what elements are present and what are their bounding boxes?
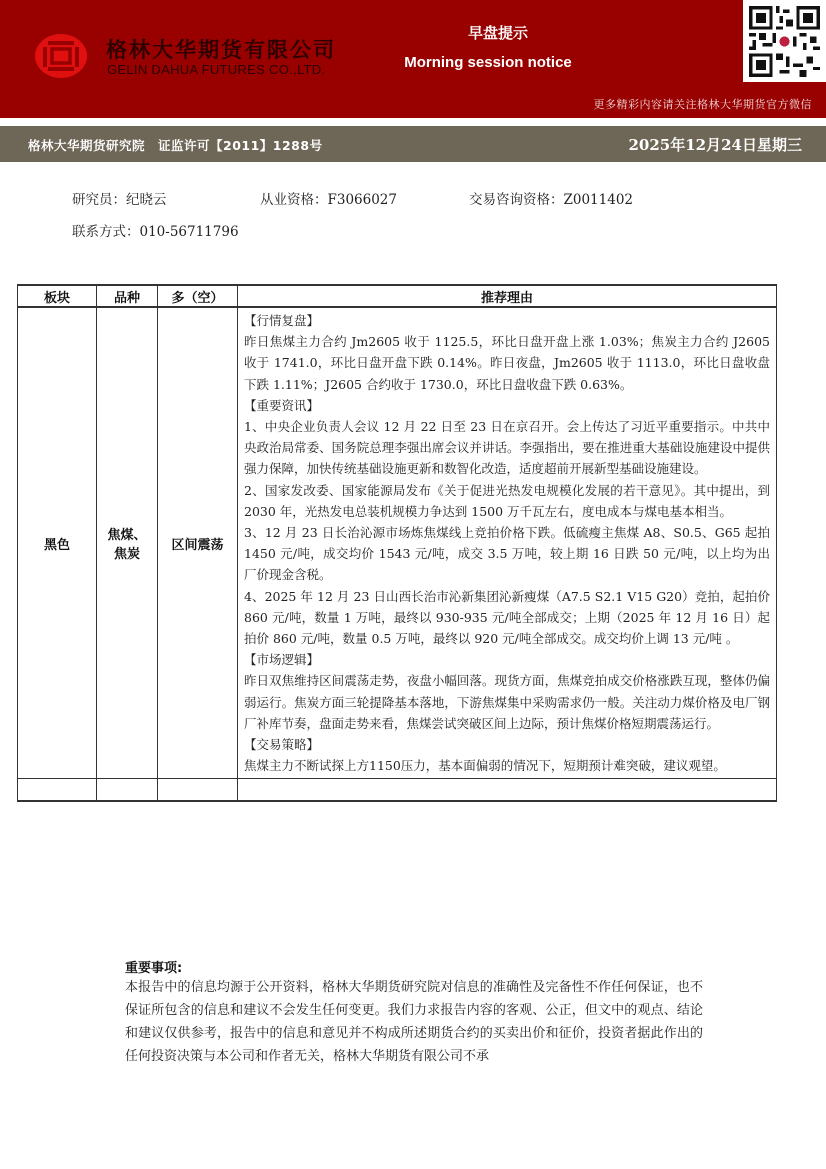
disclaimer-title: 重要事项: (125, 957, 182, 976)
wechat-qr-code (743, 0, 826, 82)
analyst-info: 研究员：纪晓云从业资格：F3066027交易咨询资格：Z0011402 (72, 188, 633, 208)
news-item-1: 1、中央企业负责人会议 12 月 22 日至 23 日在京召开。会上传达了习近平… (244, 416, 770, 480)
company-name-cn: 格林大华期货有限公司 (106, 34, 336, 64)
news-item-4: 4、2025 年 12 月 23 日山西长治市沁新集团沁新瘦煤（A7.5 S2.… (244, 586, 770, 650)
company-name-en: GELIN DAHUA FUTURES CO.,LTD. (107, 62, 325, 77)
section-title-market-logic: 【市场逻辑】 (244, 649, 770, 670)
market-logic-text: 昨日双焦维持区间震荡走势，夜盘小幅回落。现货方面，焦煤竞拍成交价格涨跌互现，整体… (244, 670, 770, 734)
cell-reason: 【行情复盘】 昨日焦煤主力合约 Jm2605 收于 1125.5，环比日盘开盘上… (238, 307, 777, 779)
table-row-empty (18, 779, 777, 801)
section-title-key-news: 【重要资讯】 (244, 395, 770, 416)
empty-cell (97, 779, 158, 801)
trading-strategy-text: 焦煤主力不断试探上方1150压力，基本面偏弱的情况下，短期预计难突破，建议观望。 (244, 755, 770, 776)
header-reason: 推荐理由 (238, 285, 777, 307)
wechat-follow-prompt: 更多精彩内容请关注格林大华期货官方微信 (594, 96, 813, 112)
practice-qualification: 从业资格：F3066027 (260, 188, 469, 208)
variety-line-1: 焦煤、 (97, 524, 157, 543)
empty-cell (18, 779, 97, 801)
market-review-text: 昨日焦煤主力合约 Jm2605 收于 1125.5，环比日盘开盘上涨 1.03%… (244, 331, 770, 395)
institute-bar: 格林大华期货研究院 证监许可【2011】1288号 2025年12月24日星期三 (0, 126, 826, 162)
news-item-2: 2、国家发改委、国家能源局发布《关于促进光热发电规模化发展的若干意见》。其中提出… (244, 480, 770, 522)
empty-cell (158, 779, 238, 801)
recommendation-table: 板块 品种 多（空） 推荐理由 黑色 焦煤、 焦炭 区间震荡 【行情复盘】 昨日… (17, 284, 777, 802)
institute-license: 格林大华期货研究院 证监许可【2011】1288号 (28, 136, 323, 154)
disclaimer-body: 本报告中的信息均源于公开资料，格林大华期货研究院对信息的准确性及完备性不作任何保… (125, 976, 703, 1068)
empty-cell (238, 779, 777, 801)
section-title-market-review: 【行情复盘】 (244, 310, 770, 331)
variety-line-2: 焦炭 (97, 543, 157, 562)
report-title-en: Morning session notice (400, 54, 576, 71)
report-date: 2025年12月24日星期三 (629, 134, 803, 155)
contact-info: 联系方式：010-56711796 (72, 220, 239, 240)
cell-sector: 黑色 (18, 307, 97, 779)
cell-direction: 区间震荡 (158, 307, 238, 779)
section-title-trading-strategy: 【交易策略】 (244, 734, 770, 755)
table-row: 黑色 焦煤、 焦炭 区间震荡 【行情复盘】 昨日焦煤主力合约 Jm2605 收于… (18, 307, 777, 779)
header-sector: 板块 (18, 285, 97, 307)
cell-variety: 焦煤、 焦炭 (97, 307, 158, 779)
header-direction: 多（空） (158, 285, 238, 307)
consulting-qualification: 交易咨询资格：Z0011402 (469, 188, 633, 208)
researcher-name: 研究员：纪晓云 (72, 188, 260, 208)
qr-code-icon (749, 6, 820, 77)
news-item-3: 3、12 月 23 日长治沁源市场炼焦煤线上竞拍价格下跌。低硫瘦主焦煤 A8、S… (244, 522, 770, 586)
header-banner: 格林大华期货有限公司 GELIN DAHUA FUTURES CO.,LTD. … (0, 0, 826, 118)
header-variety: 品种 (97, 285, 158, 307)
table-header-row: 板块 品种 多（空） 推荐理由 (18, 285, 777, 307)
company-logo-icon (34, 33, 88, 79)
report-title-cn: 早盘提示 (400, 22, 596, 43)
